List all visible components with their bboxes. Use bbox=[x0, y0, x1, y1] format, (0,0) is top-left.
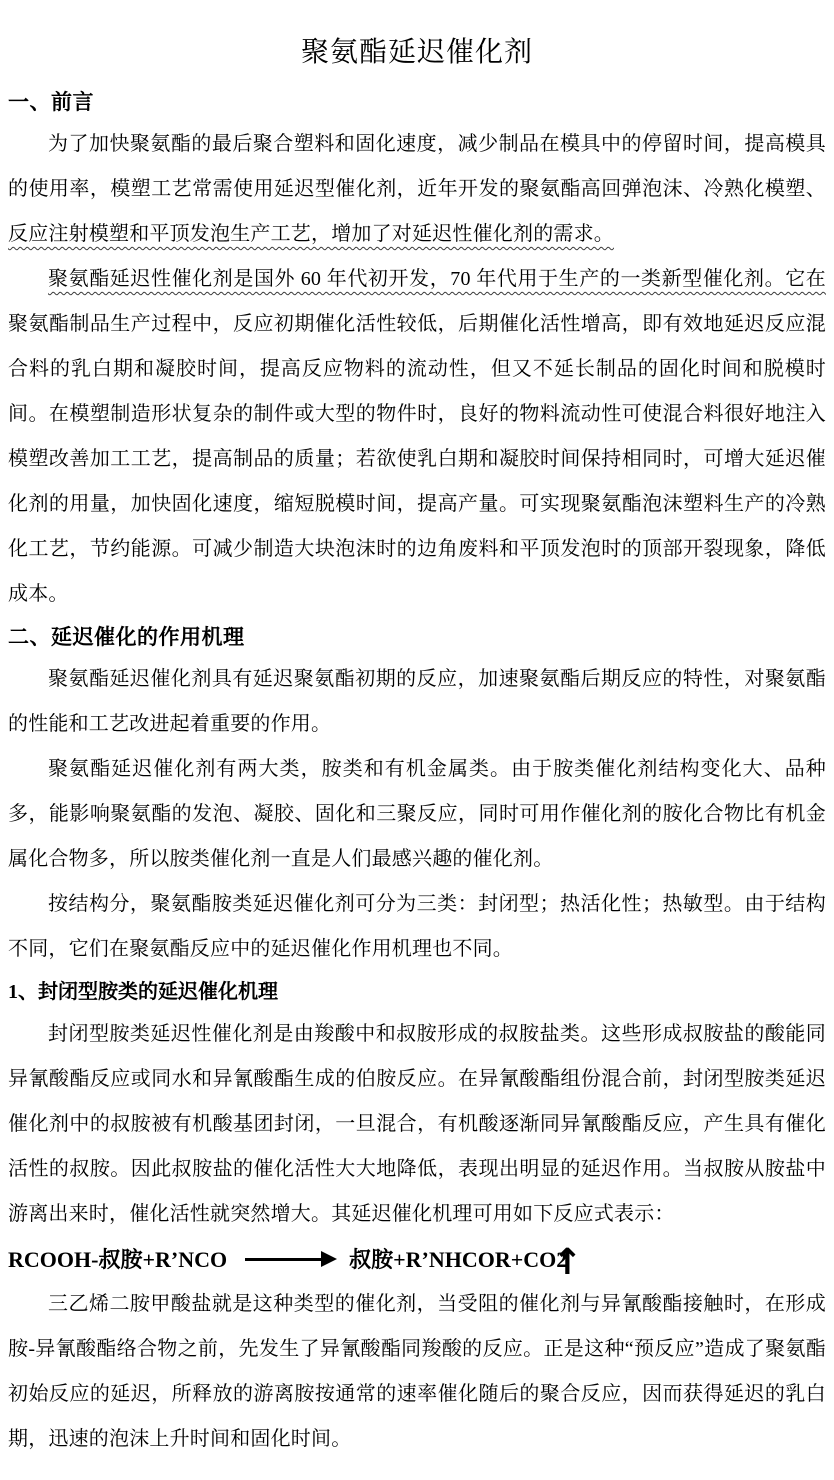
long-right-arrow-icon bbox=[245, 1258, 333, 1261]
paragraph-blocked-amine-mechanism: 封闭型胺类延迟性催化剂是由羧酸中和叔胺形成的叔胺盐类。这些形成叔胺盐的酸能同异氰… bbox=[8, 1012, 826, 1237]
document-page: 聚氨酯延迟催化剂 一、前言 为了加快聚氨酯的最后聚合塑料和固化速度，减少制品在模… bbox=[0, 0, 834, 1480]
text-run: 聚氨酯制品生产过程中，反应初期催化活性较低，后期催化活性增高，即有效地延迟反应混… bbox=[8, 313, 826, 605]
paragraph-catalyst-classes: 聚氨酯延迟催化剂有两大类，胺类和有机金属类。由于胺类催化剂结构变化大、品种多，能… bbox=[8, 747, 826, 882]
formula-reactants: RCOOH-叔胺+R’NCO bbox=[8, 1237, 227, 1282]
paragraph-preface-1: 为了加快聚氨酯的最后聚合塑料和固化速度，减少制品在模具中的停留时间，提高模具的使… bbox=[8, 122, 826, 257]
section-heading-preface: 一、前言 bbox=[8, 82, 826, 122]
wavy-underlined-text: 反应注射模塑和平顶发泡生产工艺，增加了对延迟性催化剂的需求。 bbox=[8, 223, 614, 245]
subsection-heading-blocked-amine: 1、封闭型胺类的延迟催化机理 bbox=[8, 972, 826, 1012]
document-title: 聚氨酯延迟催化剂 bbox=[8, 30, 826, 76]
wavy-underlined-text: 聚氨酯延迟性催化剂是国外 60 年代初开发，70 年代用于生产的一类新型催化剂。… bbox=[48, 268, 826, 290]
section-heading-mechanism: 二、延迟催化的作用机理 bbox=[8, 617, 826, 657]
paragraph-structure-types: 按结构分，聚氨酯胺类延迟催化剂可分为三类：封闭型；热活化性；热敏型。由于结构不同… bbox=[8, 882, 826, 972]
gas-up-arrow-icon: ↑ bbox=[552, 1245, 582, 1281]
formula-products: 叔胺+R’NHCOR+CO2 bbox=[349, 1237, 567, 1282]
paragraph-mechanism-intro: 聚氨酯延迟催化剂具有延迟聚氨酯初期的反应，加速聚氨酯后期反应的特性，对聚氨酯的性… bbox=[8, 657, 826, 747]
paragraph-triethylenediamine-example: 三乙烯二胺甲酸盐就是这种类型的催化剂，当受阻的催化剂与异氰酸酯接触时，在形成胺-… bbox=[8, 1282, 826, 1462]
text-run: 为了加快聚氨酯的最后聚合塑料和固化速度，减少制品在模具中的停留时间，提高模具的使… bbox=[8, 133, 826, 200]
reaction-formula: RCOOH-叔胺+R’NCO 叔胺+R’NHCOR+CO2 ↑ bbox=[8, 1237, 826, 1282]
paragraph-preface-2: 聚氨酯延迟性催化剂是国外 60 年代初开发，70 年代用于生产的一类新型催化剂。… bbox=[8, 257, 826, 617]
